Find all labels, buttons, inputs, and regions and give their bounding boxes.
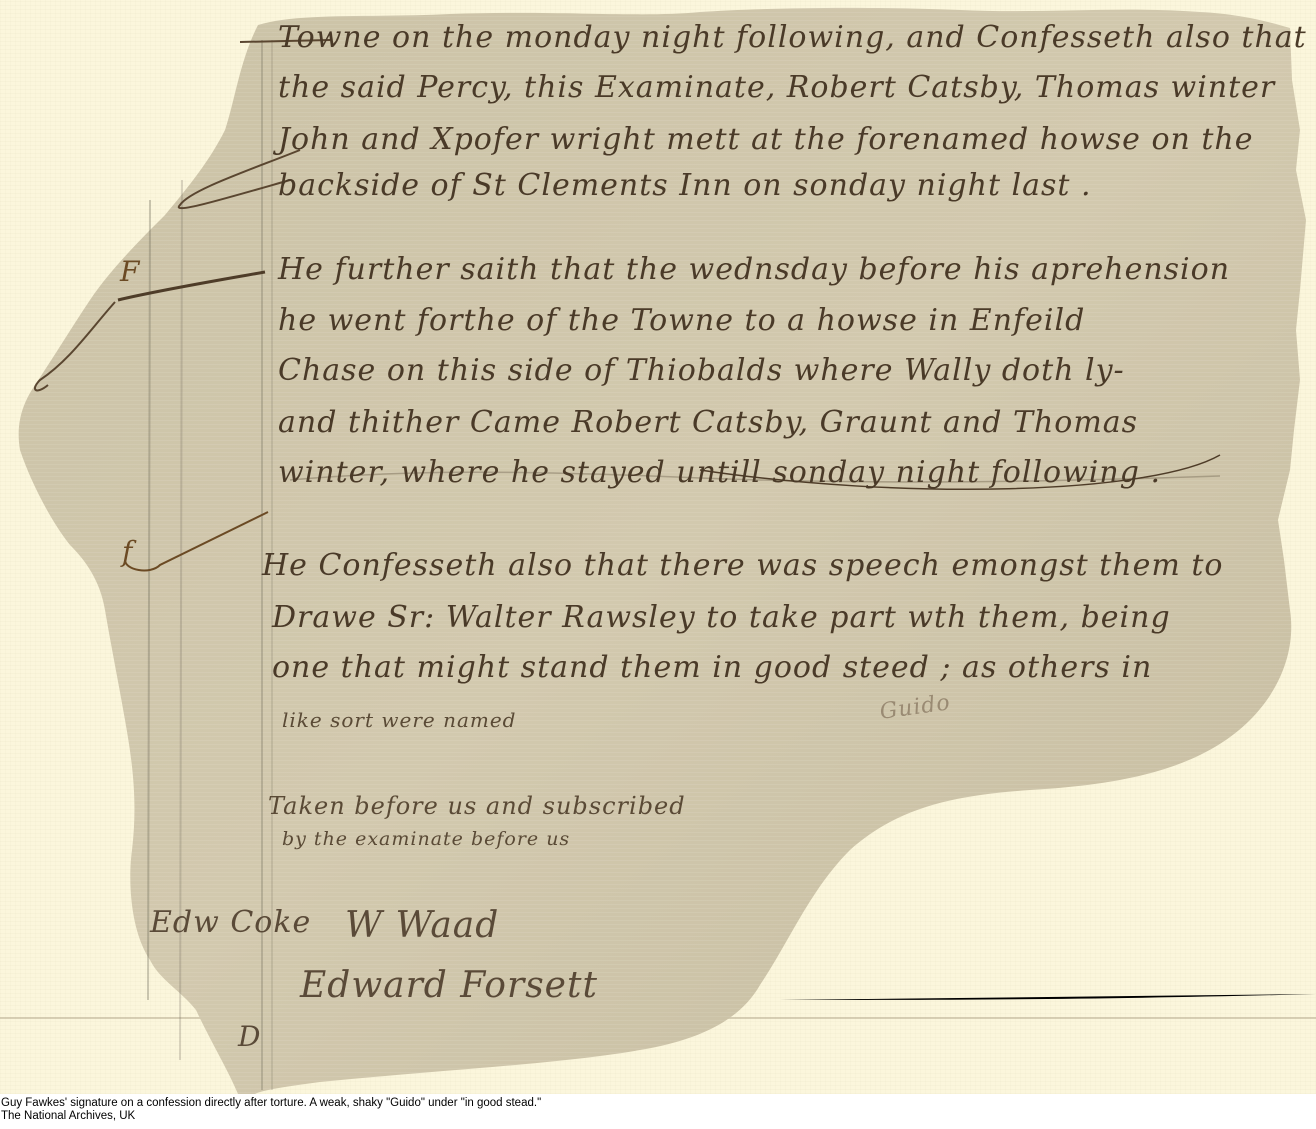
- caption-credit: The National Archives, UK: [1, 1110, 541, 1123]
- manuscript-line: he went forthe of the Towne to a howse i…: [278, 303, 1085, 338]
- manuscript-line: the said Percy, this Examinate, Robert C…: [278, 70, 1275, 105]
- caption-description: Guy Fawkes' signature on a confession di…: [1, 1097, 541, 1110]
- signature-coke: Edw Coke: [150, 905, 311, 940]
- manuscript-line: He further saith that the wednsday befor…: [278, 252, 1230, 287]
- signature-waad: W Waad: [345, 905, 499, 946]
- manuscript-line: Drawe Sr: Walter Rawsley to take part wt…: [272, 600, 1171, 635]
- attestation-line: Taken before us and subscribed: [268, 792, 686, 820]
- image-caption: Guy Fawkes' signature on a confession di…: [1, 1097, 541, 1123]
- margin-mark: f: [122, 535, 133, 568]
- manuscript-scan: Towne on the monday night following, and…: [0, 0, 1316, 1094]
- manuscript-line: and thither Came Robert Catsby, Graunt a…: [278, 405, 1138, 440]
- manuscript-line: like sort were named: [282, 708, 516, 732]
- manuscript-line: winter, where he stayed untill sonday ni…: [278, 455, 1161, 490]
- manuscript-line: John and Xpofer wright mett at the foren…: [278, 122, 1254, 157]
- margin-mark: D: [238, 1020, 261, 1053]
- manuscript-line: He Confesseth also that there was speech…: [262, 548, 1223, 583]
- margin-mark: F: [120, 255, 140, 288]
- manuscript-line: Towne on the monday night following, and…: [278, 20, 1307, 55]
- signature-forsett: Edward Forsett: [300, 965, 598, 1006]
- manuscript-line: backside of St Clements Inn on sonday ni…: [278, 168, 1092, 203]
- manuscript-line: Chase on this side of Thiobalds where Wa…: [278, 353, 1125, 388]
- manuscript-line: one that might stand them in good steed …: [272, 650, 1152, 685]
- attestation-line: by the examinate before us: [282, 828, 570, 850]
